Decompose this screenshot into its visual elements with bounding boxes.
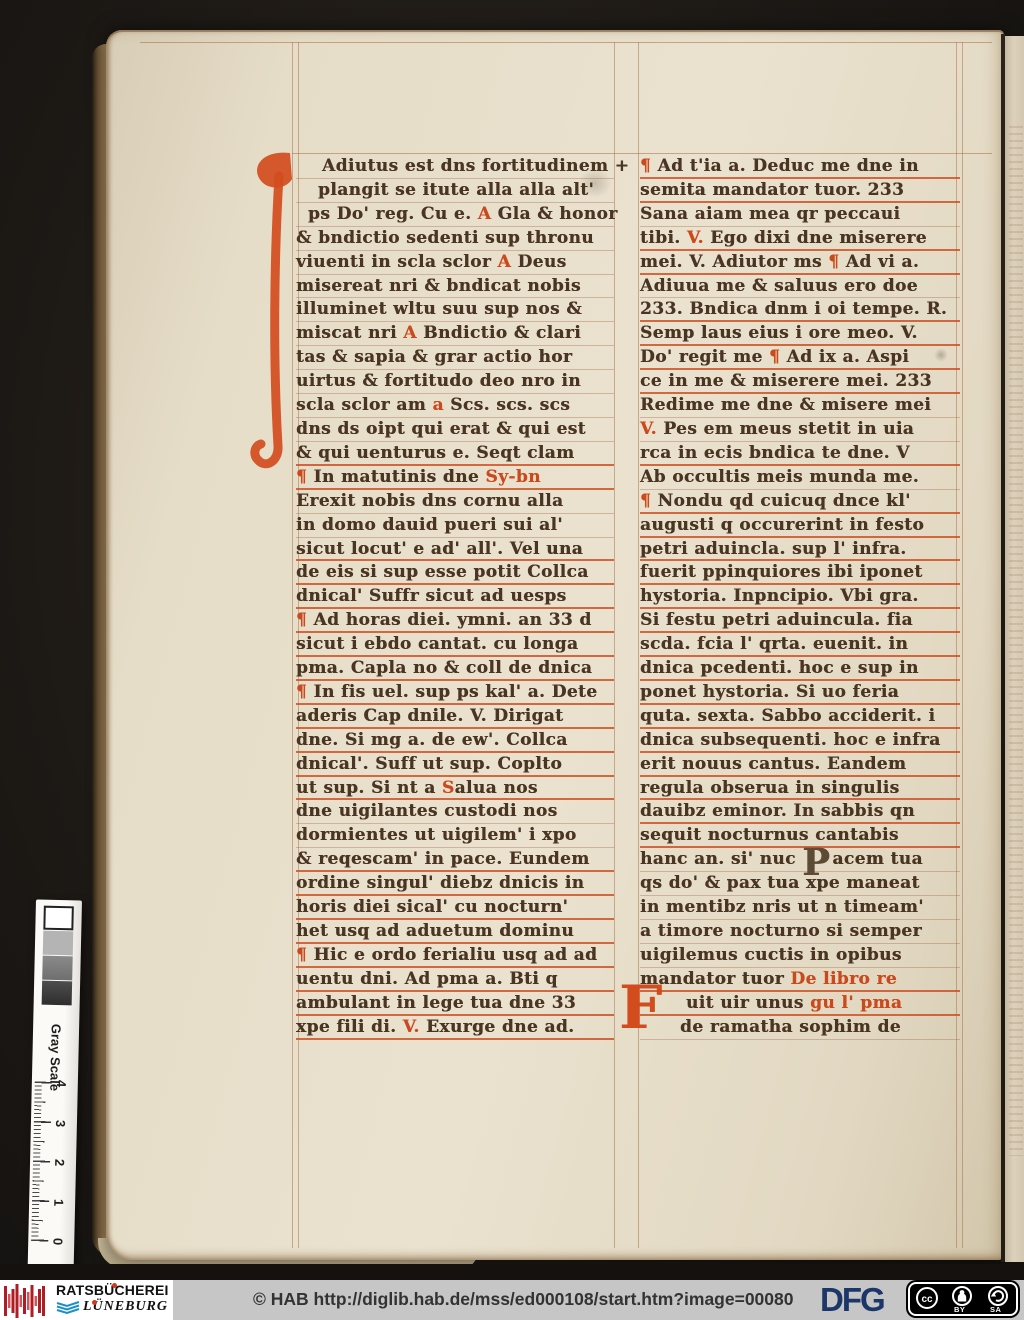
ms-line: & bndictio sedenti sup thronu — [296, 227, 614, 251]
manuscript-left-column: Adiutus est dns fortitudinem +plangit se… — [296, 155, 614, 1040]
ms-line: ¶ Ad horas diei. ymni. an 33 d — [296, 609, 614, 633]
ruler-patch-midgray — [42, 956, 73, 981]
ms-line: de ramatha sophim de — [640, 1016, 960, 1040]
ms-line: hanc an. si' nuc Pacem tua — [640, 848, 960, 872]
copyright-text: © HAB http://diglib.hab.de/mss/ed000108/… — [253, 1289, 793, 1310]
ruler-patch-white — [43, 906, 74, 931]
ms-line: dne uigilantes custodi nos — [296, 800, 614, 824]
ms-line: xpe fili di. V. Exurge dne ad. — [296, 1016, 614, 1040]
ms-line: tas & sapia & grar actio hor — [296, 346, 614, 370]
ms-line: fuerit ppinquiores ibi iponet — [640, 561, 960, 585]
ms-line: ¶ Ad t'ia a. Deduc me dne in — [640, 155, 960, 179]
facing-page-sliver — [1005, 36, 1024, 1262]
ms-line: illuminet wltu suu sup nos & — [296, 298, 614, 322]
cc-icon: cc — [917, 1288, 937, 1308]
ms-line: scda. fcia l' qrta. euenit. in — [640, 633, 960, 657]
ms-line: het usq ad aduetum dominu — [296, 920, 614, 944]
footer-shadow-strip — [0, 1264, 1024, 1280]
ms-line: sicut locut' e ad' all'. Vel una — [296, 538, 614, 562]
ms-line: uigilemus cuctis in opibus — [640, 944, 960, 968]
ms-line: dnica subsequenti. hoc e infra — [640, 729, 960, 753]
ms-line: augusti q occurerint in festo — [640, 514, 960, 538]
ruler-number: 2 — [52, 1159, 67, 1167]
ms-line: Si festu petri aduincula. fia — [640, 609, 960, 633]
by-icon — [953, 1287, 971, 1305]
ms-line: viuenti in scla sclor A Deus — [296, 251, 614, 275]
ms-line: mei. V. Adiutor ms ¶ Ad vi a. — [640, 251, 960, 275]
ms-line: rca in ecis bndica te dne. V — [640, 442, 960, 466]
logo-bars-icon — [0, 1280, 52, 1320]
ms-line: uirtus & fortitudo deo nro in — [296, 370, 614, 394]
ruler-number: 3 — [53, 1119, 68, 1127]
ruler-patch-lightgray — [43, 931, 74, 956]
ruling-hline — [140, 42, 992, 43]
ms-line: dnical' Suffr sicut ad uesps — [296, 585, 614, 609]
ms-line: in mentibz nris ut n timeam' — [640, 896, 960, 920]
ms-line: uentu dni. Ad pma a. Bti q — [296, 968, 614, 992]
library-logo-text: RATSBÜCHEREI LÜNEBURG — [56, 1282, 169, 1316]
ruling-vline — [638, 42, 639, 1248]
digitized-manuscript-view: F Adiutus est dns fortitudinem +plangit … — [0, 0, 1024, 1320]
ms-line: sicut i ebdo cantat. cu longa — [296, 633, 614, 657]
ms-line: dns ds oipt qui erat & qui est — [296, 418, 614, 442]
ruler-number: 1 — [51, 1198, 66, 1206]
ms-line: aderis Cap dnile. V. Dirigat — [296, 705, 614, 729]
ruler-patch-darkgray — [42, 981, 73, 1006]
ms-line: misereat nri & bndicat nobis — [296, 275, 614, 299]
gray-scale-ruler: Gray Scale 43210 — [28, 899, 82, 1272]
ms-line: tibi. V. Ego dixi dne miserere — [640, 227, 960, 251]
ruling-hline — [292, 153, 992, 154]
ms-line: petri aduincla. sup l' infra. — [640, 538, 960, 562]
ms-line: ce in me & miserere mei. 233 — [640, 370, 960, 394]
ms-line: a timore nocturno si semper — [640, 920, 960, 944]
ms-line: Do' regit me ¶ Ad ix a. Aspi — [640, 346, 960, 370]
ms-line: uit uir unus gu l' pma — [640, 992, 960, 1016]
ms-line: V. Pes em meus stetit in uia — [640, 418, 960, 442]
ms-line: ¶ In matutinis dne Sy-bn — [296, 466, 614, 490]
by-label: BY — [954, 1305, 965, 1314]
ms-line: regula obserua in singulis — [640, 777, 960, 801]
ms-line: & qui uenturus e. Seqt clam — [296, 442, 614, 466]
ms-line: hystoria. Inpncipio. Vbi gra. — [640, 585, 960, 609]
dfg-logo: DFG — [820, 1280, 884, 1320]
footer-bar: RATSBÜCHEREI LÜNEBURG © HAB http://digli… — [0, 1280, 1024, 1320]
ms-line: miscat nri A Bndictio & clari — [296, 322, 614, 346]
ms-line: Adiutus est dns fortitudinem + — [296, 155, 614, 179]
ms-line: de eis si sup esse potit Collca — [296, 561, 614, 585]
ms-line: in domo dauid pueri sui al' — [296, 514, 614, 538]
ms-line: 233. Bndica dnm i oi tempe. R. — [640, 298, 960, 322]
red-umlaut-dot — [92, 1300, 97, 1305]
ruler-number: 0 — [50, 1238, 65, 1246]
ms-line: dnica pcedenti. hoc e sup in — [640, 657, 960, 681]
ms-line: dne. Si mg a. de ew'. Collca — [296, 729, 614, 753]
ms-line: Adiuua me & saluus ero doe — [640, 275, 960, 299]
ms-line: ponet hystoria. Si uo feria — [640, 681, 960, 705]
ms-line: ¶ Nondu qd cuicuq dnce kl' — [640, 490, 960, 514]
facing-page-faint-text — [1009, 126, 1023, 1156]
ruler-number: 4 — [54, 1080, 69, 1088]
ms-line: qs do' & pax tua xpe maneat — [640, 872, 960, 896]
sa-icon — [989, 1287, 1007, 1305]
ms-line: scla sclor am a Scs. scs. scs — [296, 394, 614, 418]
ms-line: dormientes ut uigilem' i xpo — [296, 824, 614, 848]
ms-line: Sana aiam mea qr peccaui — [640, 203, 960, 227]
ms-line: horis diei sical' cu nocturn' — [296, 896, 614, 920]
ms-line: Erexit nobis dns cornu alla — [296, 490, 614, 514]
ms-line: ps Do' reg. Cu e. A Gla & honor — [296, 203, 614, 227]
ms-line: semita mandator tuor. 233 — [640, 179, 960, 203]
ms-line: ¶ Hic e ordo ferialiu usq ad ad — [296, 944, 614, 968]
book-icon — [56, 1300, 80, 1315]
ms-line: ambulant in lege tua dne 33 — [296, 992, 614, 1016]
ruling-vline — [962, 42, 963, 1248]
ms-line: ordine singul' diebz dnicis in — [296, 872, 614, 896]
sa-label: SA — [990, 1305, 1001, 1314]
ms-line: Semp laus eius i ore meo. V. — [640, 322, 960, 346]
red-umlaut-dot — [112, 1283, 117, 1288]
ms-line: mandator tuor De libro re — [640, 968, 960, 992]
ms-line: pma. Capla no & coll de dnica — [296, 657, 614, 681]
ms-line: dnical'. Suff ut sup. Coplto — [296, 753, 614, 777]
ms-line: ¶ In fis uel. sup ps kal' a. Dete — [296, 681, 614, 705]
ms-line: sequit nocturnus cantabis — [640, 824, 960, 848]
library-logo: RATSBÜCHEREI LÜNEBURG — [0, 1280, 173, 1320]
ms-line: Ab occultis meis munda me. — [640, 466, 960, 490]
ms-line: Redime me dne & misere mei — [640, 394, 960, 418]
ms-line: erit nouus cantus. Eandem — [640, 753, 960, 777]
manuscript-right-column: ¶ Ad t'ia a. Deduc me dne insemita manda… — [640, 155, 960, 1040]
ruler-numbers: 43210 — [36, 899, 82, 900]
red-initial-swash — [248, 150, 300, 480]
ms-line: ut sup. Si nt a Salua nos — [296, 777, 614, 801]
svg-text:cc: cc — [921, 1294, 933, 1305]
ms-line: & reqescam' in pace. Eundem — [296, 848, 614, 872]
ms-line: quta. sexta. Sabbo acciderit. i — [640, 705, 960, 729]
ms-line: dauibz eminor. In sabbis qn — [640, 800, 960, 824]
cc-license-badge: cc BY SA — [908, 1282, 1018, 1316]
ms-line: plangit se itute alla alla alt' — [296, 179, 614, 203]
